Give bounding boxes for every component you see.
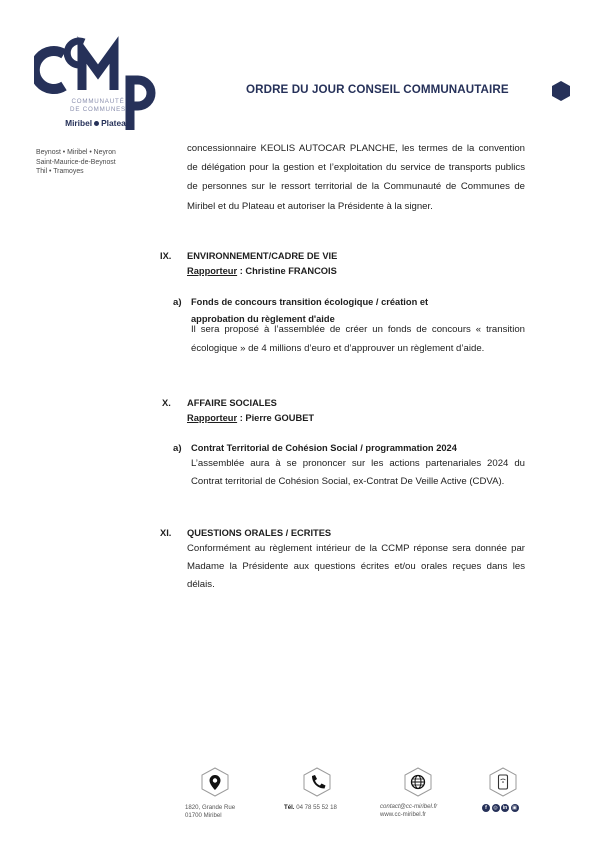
section-title: ENVIRONNEMENT/CADRE DE VIE (187, 251, 337, 261)
section-number: XI. (160, 528, 171, 538)
hexagon-icon (551, 80, 571, 102)
document-title: ORDRE DU JOUR CONSEIL COMMUNAUTAIRE (246, 83, 509, 96)
section-description: Conformément au règlement intérieur de l… (187, 540, 525, 594)
intro-paragraph: concessionnaire KEOLIS AUTOCAR PLANCHE, … (187, 139, 525, 216)
globe-icon (404, 767, 432, 797)
section-title: AFFAIRE SOCIALES (187, 398, 277, 408)
linkedin-icon[interactable]: in (501, 804, 509, 812)
drop-icon (94, 121, 99, 126)
item-letter: a) (173, 297, 182, 308)
logo-subtitle: COMMUNAUTÉ DE COMMUNES (53, 98, 143, 114)
member-towns: Beynost • Miribel • Neyron Saint-Maurice… (36, 148, 156, 177)
rapporteur: Rapporteur : Christine FRANCOIS (187, 266, 337, 276)
facebook-icon[interactable]: f (482, 804, 490, 812)
phone-icon (303, 767, 331, 797)
instagram-icon[interactable]: ◎ (492, 804, 500, 812)
location-pin-icon (201, 767, 229, 797)
item-description: L’assemblée aura à se prononcer sur les … (191, 455, 525, 490)
item-letter: a) (173, 443, 182, 454)
footer-address: 1820, Grande Rue 01700 Miribel (185, 804, 235, 821)
section-number: X. (162, 398, 171, 408)
logo-brand: MiribelPlateau (48, 118, 148, 128)
rapporteur: Rapporteur : Pierre GOUBET (187, 413, 314, 423)
website-link[interactable]: www.cc-miribel.fr (380, 811, 437, 819)
item-description: Il sera proposé à l’assemblée de créer u… (191, 321, 525, 358)
footer-web: contact@cc-miribel.fr www.cc-miribel.fr (380, 803, 437, 820)
footer-phone[interactable]: Tél. 04 78 55 52 18 (284, 804, 337, 812)
ccmp-logo: COMMUNAUTÉ DE COMMUNES MiribelPlateau (34, 34, 158, 134)
smartphone-icon (489, 767, 517, 797)
section-number: IX. (160, 251, 171, 261)
social-links: f ◎ in ▣ (482, 804, 519, 812)
youtube-icon[interactable]: ▣ (511, 804, 519, 812)
email-link[interactable]: contact@cc-miribel.fr (380, 803, 437, 811)
section-title: QUESTIONS ORALES / ECRITES (187, 528, 331, 538)
